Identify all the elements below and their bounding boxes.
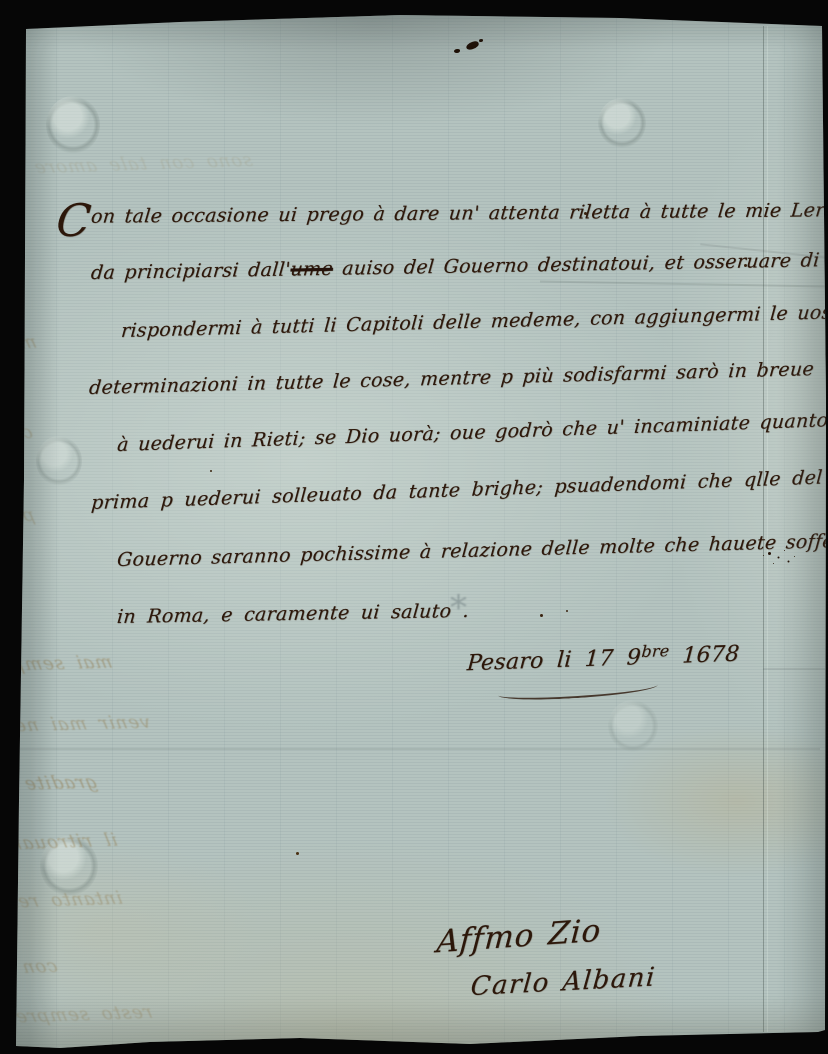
dateline-place-day: Pesaro li 17 9 <box>466 645 642 676</box>
letter-line-2-pre: da principiarsi dall' <box>90 259 291 285</box>
ink-blot <box>479 39 483 42</box>
ink-blot <box>454 49 460 53</box>
signature-name: Carlo Albani <box>469 962 657 1002</box>
showthrough-line: mai sempre parmi che resto stato non so … <box>0 652 114 690</box>
showthrough-line: venir mai negotio per la riuerita di lei… <box>0 712 152 750</box>
showthrough-line: gradite quelle che io non sono mancato f… <box>0 772 99 813</box>
letter-line-3: rispondermi à tutti li Capitoli delle me… <box>120 301 828 342</box>
ink-speck <box>540 614 543 617</box>
letter-line-2: da principiarsi dall'ume auiso del Gouer… <box>90 249 820 284</box>
letter-line-8: in Roma, e caramente ui saluto . <box>116 600 470 628</box>
ink-speck <box>744 264 747 267</box>
ink-spatter <box>768 552 771 555</box>
showthrough-line: resto sempre pronto occasione che uado b… <box>0 1002 154 1040</box>
blind-emboss-mark <box>46 96 100 154</box>
crossed-out-word: ume <box>290 258 334 281</box>
dateline-year: 1678 <box>668 642 740 670</box>
showthrough-line: con ogni pienezza riuerisco che uale e s… <box>0 956 59 996</box>
showthrough-line: poi <box>1 505 37 527</box>
letter-line-5: à uederui in Rieti; se Dio uorà; oue god… <box>116 409 828 456</box>
letter-page: sono con tale amore a riceuere le sue mi… <box>0 0 828 1054</box>
blind-emboss-mark <box>36 436 82 486</box>
ink-blot <box>465 40 480 51</box>
dateline-flourish <box>498 678 659 702</box>
showthrough-line: che si <box>0 422 35 446</box>
showthrough-line: intanto resto augurandoui salute e conte… <box>0 888 124 929</box>
ink-speck <box>296 852 299 855</box>
horizontal-fold-crease <box>20 748 820 750</box>
ink-speck <box>210 470 212 472</box>
horizontal-fold-crease <box>763 668 825 670</box>
dateline-month-superscript: bre <box>641 641 670 661</box>
letter-line-1: Con tale occasione ui prego à dare un' a… <box>56 199 828 228</box>
vertical-fold-crease <box>763 26 768 1032</box>
scan-background: sono con tale amore a riceuere le sue mi… <box>0 0 828 1054</box>
ink-speck <box>566 610 568 612</box>
letter-line-7: Gouerno saranno pochissime à relazione d… <box>116 529 828 571</box>
signature-closing: Affmo Zio <box>435 913 602 961</box>
horizontal-fold-crease <box>540 280 828 287</box>
showthrough-line: mie <box>0 332 39 355</box>
letter-line-4: determinazioni in tutte le cose, mentre … <box>88 358 815 399</box>
letter-line-6: prima p uederui solleuato da tante brigh… <box>90 466 823 514</box>
dateline: Pesaro li 17 9bre 1678 <box>466 638 741 676</box>
ink-speck <box>584 212 587 215</box>
blind-emboss-mark <box>598 98 646 148</box>
letter-line-2-post: auiso del Gouerno destinatoui, et osseru… <box>332 249 821 280</box>
blind-emboss-mark <box>608 700 658 752</box>
showthrough-line: sono con tale amore a riceuere le sue <box>0 150 254 185</box>
